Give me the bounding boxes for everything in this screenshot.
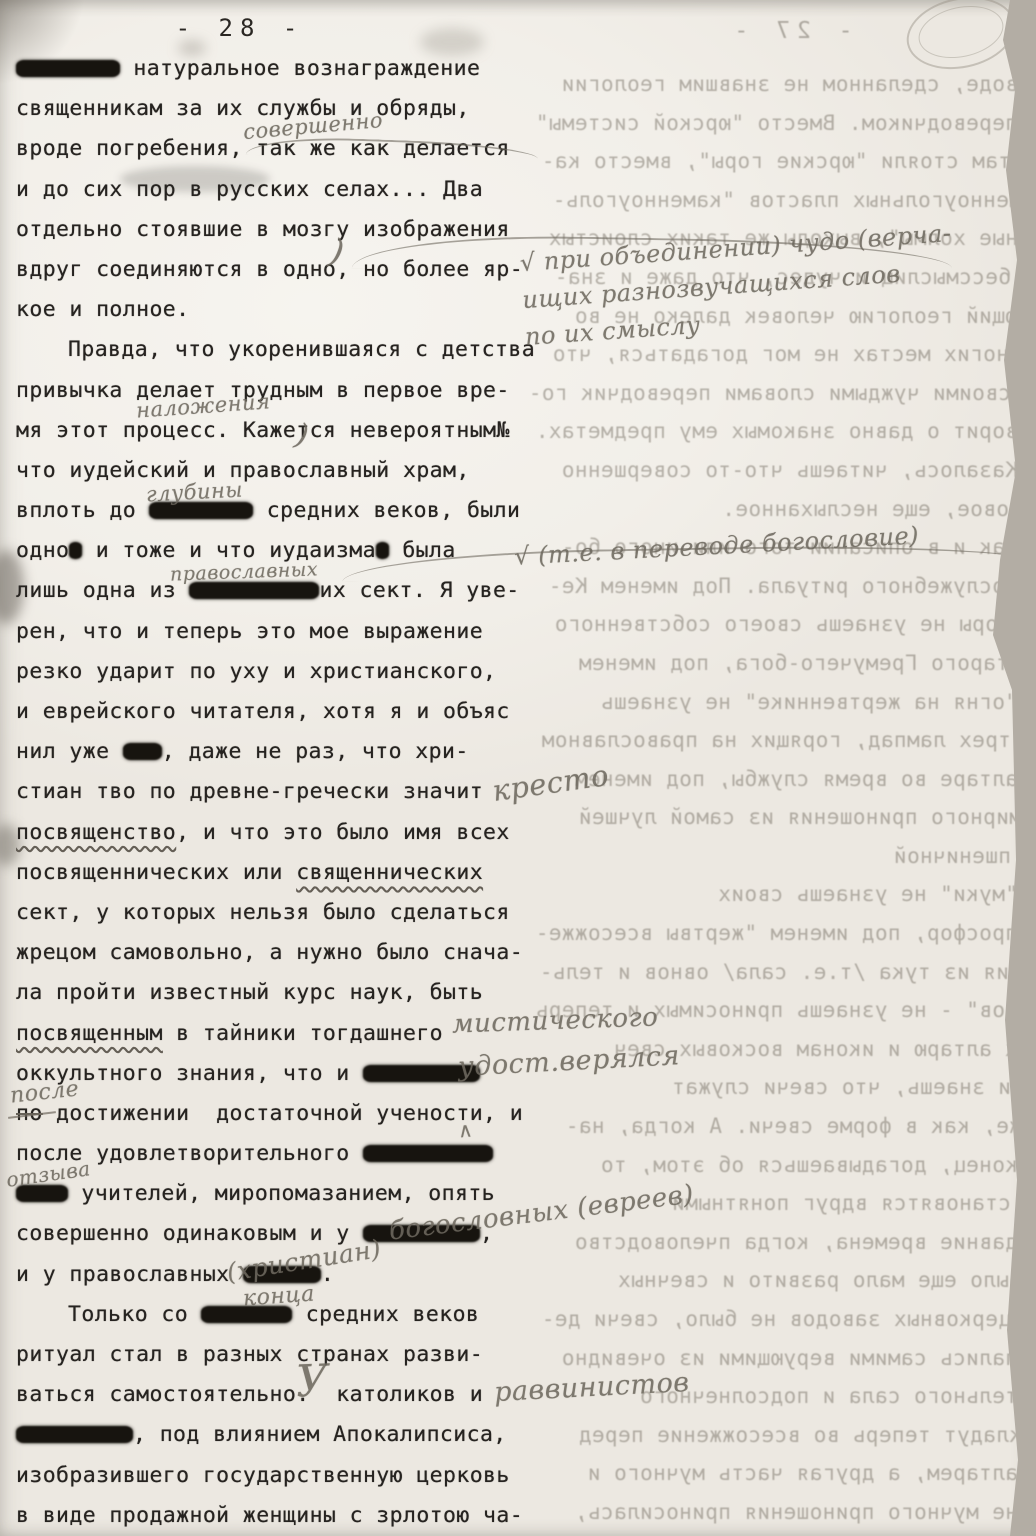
bleed-line: мирного приношения из самой лучшей — [516, 805, 1022, 844]
bleed-line: своими чуждыми словами переводчик го- — [516, 381, 1011, 420]
typed-line: нил уже , даже не раз, что хри- — [16, 739, 522, 779]
scanned-manuscript-page: - 28 - - 27 - воде, сделанном не знавшим… — [0, 0, 1036, 1536]
typed-line: ритуал стал в разных странах разви- — [16, 1342, 522, 1382]
bleed-line: просфор, под именем "жертвы всесожже- — [516, 921, 1018, 960]
typed-line: и еврейского читателя, хотя я и объяс — [16, 699, 522, 739]
typed-line: посвященство, и что это было имя всех — [16, 820, 522, 860]
typed-text: и тоже и что иудаизма — [82, 538, 376, 563]
smudge-stain — [178, 40, 206, 56]
bleed-line: "огня на жертвеннике" не узнаешь — [516, 690, 1018, 729]
bleed-line: алтарем, а другая часть мучного и — [516, 1461, 1018, 1500]
bleed-line: конец, догадываешься об этом, то — [516, 1153, 1018, 1192]
typed-text: Только со — [68, 1302, 201, 1327]
bleed-line: горы не узнаешь своего собственного — [516, 612, 1011, 651]
ink-blot-strikeout — [69, 542, 82, 559]
typed-text: , под влиянием Апокалипсиса, — [133, 1422, 507, 1447]
typed-line: резко ударит по уху и христианского, — [16, 659, 522, 699]
bleed-line: переводчиком. Вместо "юрской системы" — [516, 111, 1018, 150]
typed-line: , под влиянием Апокалипсиса, — [16, 1422, 522, 1462]
typed-line: рен, что и теперь это мое выражение — [16, 619, 522, 659]
typed-text: , даже не раз, что хри- — [162, 739, 469, 764]
typed-text: , и что это было имя всех — [176, 820, 510, 845]
typed-line: и до сих пор в русских селах... Два — [16, 177, 522, 217]
typed-text: средних веков — [292, 1302, 479, 1327]
bleed-line: там стояли "юрские горы", вместо ка- — [516, 149, 1011, 188]
bleed-line: гослужебного ритуала. Под именем Ке- — [516, 574, 1018, 613]
typed-text: рен, что и теперь это мое выражение — [16, 619, 483, 644]
typed-text: ваться самостоятельно. католиков и — [16, 1382, 483, 1407]
ink-blot-strikeout — [363, 1145, 493, 1162]
typed-line: по достижении достаточной учености, и — [16, 1101, 522, 1141]
typed-line: жрецом самовольно, а нужно было снача- — [16, 940, 522, 980]
typed-text: нил уже — [16, 739, 123, 764]
pencil-annotation-konca: конца — [242, 1282, 315, 1312]
typed-text: Правда, что укоренившаяся с детства — [68, 337, 535, 362]
typed-line: изобразившего государственную церковь — [16, 1463, 522, 1503]
typed-text: достижении достаточной учености, и — [43, 1101, 523, 1126]
typed-text: в тайники тогдашнего — [163, 1021, 443, 1046]
bleed-line: кладут теперь во всесожжение перед — [516, 1423, 1022, 1462]
bleed-line: воде, сделанном не знавшим геологии — [516, 72, 1018, 111]
bleed-line: старого Гремучего-бога, под именем — [516, 651, 1022, 690]
bleed-line: и знаешь, что свечи служат — [516, 1075, 1011, 1114]
typed-line: посвященнических или священнических — [16, 860, 522, 900]
typed-line: стиан тво по древне-гречески значит — [16, 779, 522, 819]
typed-line: мя этот процесс. Кажется невероятным№ — [16, 418, 522, 458]
typed-text: и еврейского читателя, хотя я и объяс — [16, 699, 510, 724]
typed-text: в виде продажной женщины с зрлотою ча- — [16, 1503, 523, 1528]
ink-blot-strikeout — [16, 1426, 133, 1443]
typed-text: мя этот процесс. Кажется невероятным№ — [16, 418, 510, 443]
bleed-line: же, как в форме свечи. А когда, на- — [516, 1114, 1022, 1153]
typed-text: натуральное вознаграждение — [120, 56, 480, 81]
typed-text: стиан тво по древне-гречески значит — [16, 779, 483, 804]
bleed-page-number: - 27 - — [690, 18, 890, 44]
smudge-stain — [420, 28, 484, 56]
typed-text: одно — [16, 538, 69, 563]
typed-line: ла пройти известный курс наук, быть — [16, 980, 522, 1020]
bleed-line: давние времена, когда пчеловодство — [516, 1230, 1018, 1269]
bleed-line: "муки" не узнаешь своих — [516, 882, 1018, 921]
bleed-line: ния из тука /т.е. сала/ овнов и тель- — [516, 960, 1022, 999]
typed-line: натуральное вознаграждение — [16, 56, 522, 96]
pencil-annotation-glubiny: глубины — [145, 477, 243, 506]
underlined-word: священнических — [296, 860, 483, 885]
bleed-line: было еще мало развито и свечных — [516, 1268, 1022, 1307]
typed-text: резко ударит по уху и христианского, — [16, 659, 496, 684]
typed-text: ритуал стал в разных странах разви- — [16, 1342, 483, 1367]
typed-text: учителей, миропомазанием, опять — [68, 1181, 495, 1206]
bleed-line: пшеничной — [516, 844, 1011, 883]
bleed-line: Казалось, читаешь что-то совершенно — [516, 458, 1018, 497]
pencil-annotation-caret: ∧ — [457, 1118, 474, 1143]
typed-text: отдельно стоявшие в мозгу изображения — [16, 217, 510, 242]
typed-line: оккультного знания, что и — [16, 1061, 522, 1101]
typed-text: посвященнических или — [16, 860, 296, 885]
paper-sheet: - 28 - - 27 - воде, сделанном не знавшим… — [0, 0, 1036, 1536]
typed-text: что иудейский и православный храм, — [16, 458, 470, 483]
typed-text: жрецом самовольно, а нужно было снача- — [16, 940, 523, 965]
typed-line: что иудейский и православный храм, — [16, 458, 522, 498]
bleed-line: ворит о давно знакомых ему предметах. — [516, 419, 1018, 458]
typed-text: их сект. Я уве- — [319, 578, 519, 603]
typed-line: Правда, что укоренившаяся с детства — [16, 337, 522, 377]
pencil-annotation-u-big: У — [295, 1355, 329, 1407]
typed-line: в виде продажной женщины с зрлотою ча- — [16, 1503, 522, 1536]
ink-blot-strikeout — [376, 542, 389, 559]
typed-text: священникам за их службы и обряды, — [16, 96, 470, 121]
ink-blot-strikeout — [123, 743, 162, 760]
typed-text-column: натуральное вознаграждениесвященникам за… — [16, 56, 522, 1536]
typed-text: изобразившего государственную церковь — [16, 1463, 510, 1488]
typed-text: и у православных — [16, 1262, 243, 1287]
typed-text: сект, у которых нельзя было сделаться — [16, 900, 510, 925]
typed-line: кое и полное. — [16, 297, 522, 337]
typed-line: сект, у которых нельзя было сделаться — [16, 900, 522, 940]
typed-line: посвященным в тайники тогдашнего — [16, 1021, 522, 1061]
typed-text: лишь одна из — [16, 578, 189, 603]
ink-blot-strikeout — [189, 582, 319, 599]
typed-text: средних веков, были — [253, 498, 520, 523]
typed-line: вплоть до средних веков, были — [16, 498, 522, 538]
underlined-word: посвященным — [16, 1021, 163, 1046]
typed-line: лишь одна из их сект. Я уве- — [16, 578, 522, 618]
bleed-line: церковных заводов не было, свечи де- — [516, 1307, 1011, 1346]
underlined-word: посвященство — [16, 820, 176, 845]
typed-text: и до сих пор в русских селах... Два — [16, 177, 483, 202]
typed-line: после удовлетворительного — [16, 1141, 522, 1181]
page-number: - 28 - — [120, 14, 360, 42]
typed-text: совершенно одинаковым и у — [16, 1221, 363, 1246]
ink-blot-strikeout — [16, 60, 120, 77]
typed-line: ваться самостоятельно. католиков и — [16, 1382, 522, 1422]
typed-text: вплоть до — [16, 498, 149, 523]
typed-text: ла пройти известный курс наук, быть — [16, 980, 483, 1005]
typed-text: кое и полное. — [16, 297, 189, 322]
bleed-line: не мучного приношения приносилась, — [516, 1500, 1018, 1536]
